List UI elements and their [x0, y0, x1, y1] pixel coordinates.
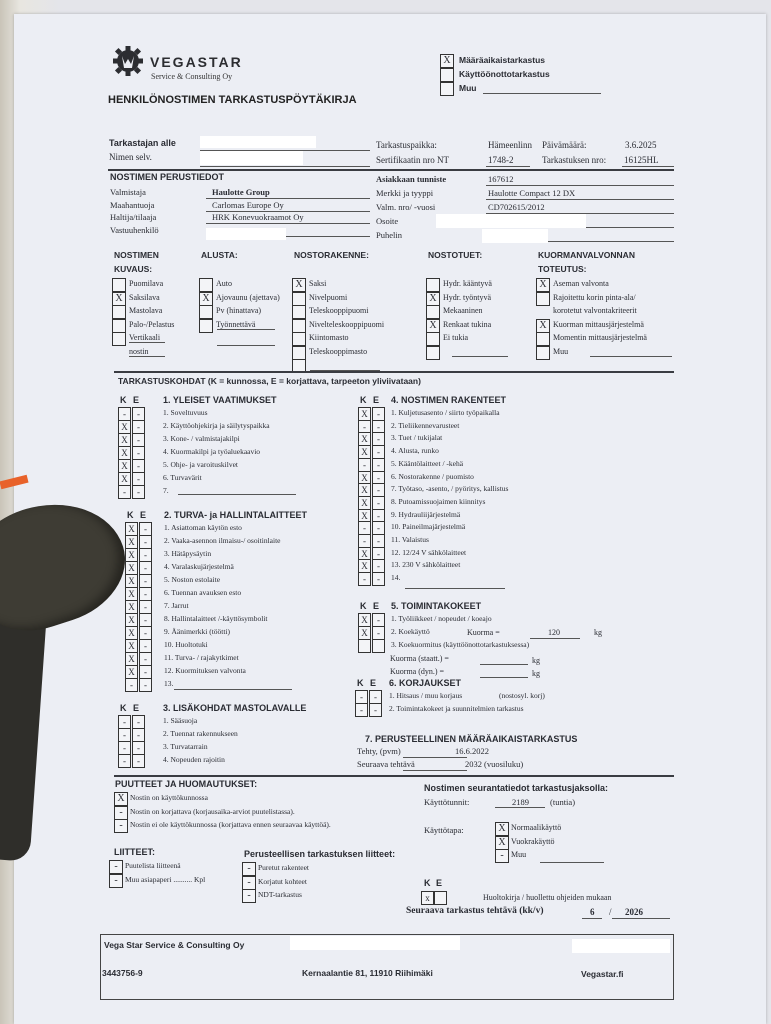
inspection-type-checkbox[interactable]: X	[440, 54, 454, 68]
alusta-option-label: Pv (hinattava)	[216, 306, 261, 315]
basic-field-label: Maahantuoja	[110, 200, 154, 210]
sec5-e-box[interactable]	[372, 639, 385, 653]
sec1-k-box[interactable]: X	[118, 446, 131, 460]
usage-label: Normaalikäyttö	[511, 823, 561, 832]
sec3-e-box[interactable]: -	[132, 741, 145, 755]
thorough-done-label: Tehty, (pvm)	[357, 746, 401, 756]
hours-label: Käyttötunnit:	[424, 797, 469, 807]
sec3-e-header: E	[133, 703, 139, 713]
footer-website: Vegastar.fi	[581, 969, 624, 979]
kuvaus-checkbox[interactable]	[112, 332, 126, 346]
thorough-attachment-label: NDT-tarkastus	[258, 890, 302, 899]
basic-field-label: Merkki ja tyyppi	[376, 188, 433, 198]
basic-field-value[interactable]: Haulotte Compact 12 DX	[488, 188, 575, 198]
nostorakenne-checkbox[interactable]	[292, 292, 306, 306]
sec2-e-box[interactable]: -	[139, 561, 152, 575]
usage-checkbox[interactable]: X	[495, 836, 509, 850]
next-inspection-label: Seuraava tarkastus tehtävä (kk/v)	[406, 906, 544, 916]
nostorakenne-checkbox[interactable]	[292, 305, 306, 319]
remark-label: Nostin on käyttökunnossa	[130, 793, 208, 802]
attachment-checkbox[interactable]: -	[109, 874, 123, 888]
kuorma-checkbox[interactable]: X	[536, 319, 550, 333]
place-label: Tarkastuspaikka:	[376, 140, 437, 150]
basic-field-value[interactable]: CD702615/2012	[488, 202, 545, 212]
gear-logo-icon	[113, 46, 143, 76]
sec2-title: 2. TURVA- ja HALLINTALAITTEET	[164, 510, 307, 520]
usage-checkbox[interactable]: -	[495, 849, 509, 863]
sec3-e-box[interactable]: -	[132, 715, 145, 729]
static-load-label: Kuorma (staatt.) =	[390, 654, 449, 663]
service-e-header: E	[436, 878, 442, 888]
sec5-item-label: 1. Työliikkeet / nopeudet / koeajo	[391, 614, 492, 623]
nostorakenne-title: NOSTORAKENNE:	[294, 250, 369, 260]
kuvaus-checkbox[interactable]	[112, 305, 126, 319]
sec4-item-label: 8. Putoamissuojaimen kiinnitys	[391, 497, 485, 506]
sec2-e-box[interactable]: -	[139, 522, 152, 536]
sec3-item-label: 3. Turvatarrain	[163, 742, 208, 751]
alusta-option-label: Työnnettävä	[216, 320, 255, 329]
nostotuet-checkbox[interactable]	[426, 278, 440, 292]
basic-field-value[interactable]: Carlomas Europe Oy	[212, 200, 284, 210]
alusta-checkbox[interactable]	[199, 305, 213, 319]
kuorma-title: TOTEUTUS:	[538, 264, 586, 274]
nostorakenne-option-label: Saksi	[309, 279, 326, 288]
sec2-e-box[interactable]: -	[139, 665, 152, 679]
sec5-k-box[interactable]: X	[358, 613, 371, 627]
basic-field-label: Valm. nro/ -vuosi	[376, 202, 435, 212]
sec5-item-label: 2. Koekäyttö	[391, 627, 430, 636]
usage-checkbox[interactable]: X	[495, 822, 509, 836]
sec2-item-label: 2. Vaaka-asennon ilmaisu-/ osoitinlaite	[164, 536, 281, 545]
redacted-footer-contact	[290, 936, 460, 950]
document-title: HENKILÖNOSTIMEN TARKASTUSPÖYTÄKIRJA	[108, 94, 357, 106]
sec1-k-box[interactable]: X	[118, 459, 131, 473]
sec5-e-header: E	[373, 601, 379, 611]
basic-field-label: Asiakkaan tunniste	[376, 174, 446, 184]
footer-business-id: 3443756-9	[102, 968, 143, 978]
usage-label: Käyttötapa:	[424, 825, 464, 835]
sec5-e-box[interactable]: -	[372, 626, 385, 640]
dynamic-load-label: Kuorma (dyn.) =	[390, 667, 444, 676]
sec6-k-box[interactable]: -	[355, 703, 368, 717]
alusta-title: ALUSTA:	[201, 250, 238, 260]
basic-field-value[interactable]: HRK Konevuokraamot Oy	[212, 212, 304, 222]
nostotuet-checkbox[interactable]	[426, 346, 440, 360]
kuvaus-checkbox[interactable]	[112, 319, 126, 333]
thorough-inspection-title: 7. PERUSTEELLINEN MÄÄRÄAIKAISTARKASTUS	[365, 734, 577, 744]
sec4-item-label: 10. Paineilmajärjestelmä	[391, 522, 465, 531]
sec1-k-header: K	[120, 395, 127, 405]
redacted-name	[200, 151, 303, 165]
sec2-e-box[interactable]: -	[139, 626, 152, 640]
nostorakenne-option-label: Kiintomasto	[309, 333, 349, 342]
footer-address: Kernaalantie 81, 11910 Riihimäki	[302, 968, 433, 978]
kuorma-option-label: korotetut valvontakriteerit	[553, 306, 637, 315]
sec2-k-header: K	[127, 510, 134, 520]
sec4-item-label: 11. Valaistus	[391, 535, 429, 544]
kuorma-checkbox[interactable]: X	[536, 278, 550, 292]
kuorma-title: KUORMANVALVONNAN	[538, 250, 635, 260]
nostorakenne-checkbox[interactable]	[292, 346, 306, 360]
kuvaus-title: NOSTIMEN	[114, 250, 159, 260]
sec1-e-header: E	[133, 395, 139, 405]
thorough-attachments-title: Perusteellisen tarkastuksen liitteet:	[244, 849, 395, 859]
sec2-e-box[interactable]: -	[139, 652, 152, 666]
sec4-item-label: 9. Hydrauliijärjestelmä	[391, 510, 460, 519]
sec6-title: 6. KORJAUKSET	[389, 678, 461, 688]
basic-field-label: Osoite	[376, 216, 398, 226]
nostotuet-checkbox[interactable]: X	[426, 319, 440, 333]
sec1-item-label: 5. Ohje- ja varoituskilvet	[163, 460, 238, 469]
sec2-item-label: 10. Huoltotuki	[164, 640, 208, 649]
sec2-item-label: 3. Hätäpysäytin	[164, 549, 211, 558]
sec1-e-box[interactable]: -	[132, 420, 145, 434]
sec4-e-header: E	[373, 395, 379, 405]
basic-field-value[interactable]: 167612	[488, 174, 514, 184]
sec5-k-header: K	[360, 601, 367, 611]
inspection-type-label: Käyttöönottotarkastus	[459, 69, 550, 79]
service-k-header: K	[424, 878, 431, 888]
nostotuet-option-label: Ei tukia	[443, 333, 468, 342]
kuvaus-option-label: nostin	[129, 347, 149, 356]
redacted-phone	[482, 229, 548, 243]
basic-field-label: Puhelin	[376, 230, 402, 240]
sec1-title: 1. YLEISET VAATIMUKSET	[163, 395, 277, 405]
sec3-item-label: 2. Tuennat rakennukseen	[163, 729, 238, 738]
sec2-k-box[interactable]: X	[125, 561, 138, 575]
sec2-e-box[interactable]: -	[139, 639, 152, 653]
alusta-option-label: Auto	[216, 279, 232, 288]
sec4-e-box[interactable]: -	[372, 572, 385, 586]
kuvaus-option-label: Vertikaali	[129, 333, 160, 342]
sec3-k-header: K	[120, 703, 127, 713]
alusta-checkbox[interactable]	[199, 319, 213, 333]
kuorma-option-label: Aseman valvonta	[553, 279, 609, 288]
sec4-title: 4. NOSTIMEN RAKENTEET	[391, 395, 506, 405]
sec3-k-box[interactable]: -	[118, 754, 131, 768]
thorough-attachment-label: Korjatut kohteet	[258, 877, 307, 886]
sec2-e-box[interactable]: -	[139, 574, 152, 588]
sec3-e-box[interactable]: -	[132, 728, 145, 742]
hours-unit: (tuntia)	[550, 797, 575, 807]
inspection-type-checkbox[interactable]	[440, 68, 454, 82]
logo-wordmark: VEGASTAR	[150, 54, 243, 70]
sec6-e-box[interactable]: -	[369, 690, 382, 704]
sec2-item-label: 6. Tuennan avauksen esto	[164, 588, 241, 597]
sec4-item-label: 7. Työtaso, -asento, / pyöritys, kallist…	[391, 484, 508, 493]
sec2-item-label: 13.	[164, 679, 173, 688]
sec6-item-label: 2. Toimintakokeet ja suunnitelmien tarka…	[389, 704, 524, 713]
thorough-next-unit: (vuosiluku)	[484, 759, 523, 769]
sec1-k-box[interactable]: -	[118, 485, 131, 499]
sec1-e-box[interactable]: -	[132, 459, 145, 473]
usage-label: Muu	[511, 850, 526, 859]
nostotuet-title: NOSTOTUET:	[428, 250, 482, 260]
footer-company: Vega Star Service & Consulting Oy	[104, 940, 244, 950]
sec5-e-box[interactable]: -	[372, 613, 385, 627]
kuorma-option-label: Rajoitettu korin pinta-ala/	[553, 293, 636, 302]
next-inspection-year[interactable]: 2026	[625, 907, 643, 917]
basic-info-title: NOSTIMEN PERUSTIEDOT	[110, 172, 224, 182]
kuorma-option-label: Momentin mittausjärjestelmä	[553, 333, 647, 342]
kuvaus-option-label: Saksilava	[129, 293, 160, 302]
sec1-item-label: 2. Käyttöohjekirja ja säilytyspaikka	[163, 421, 270, 430]
sec2-item-label: 5. Noston estolaite	[164, 575, 220, 584]
sec4-k-header: K	[360, 395, 367, 405]
inspection-type-label: Muu	[459, 83, 476, 93]
nostorakenne-checkbox[interactable]	[292, 332, 306, 346]
sec2-e-header: E	[140, 510, 146, 520]
dynamic-load-unit: kg	[532, 669, 540, 678]
sec2-k-box[interactable]: X	[125, 587, 138, 601]
sec2-k-box[interactable]: X	[125, 665, 138, 679]
kuorma-option-label: Kuorman mittausjärjestelmä	[553, 320, 644, 329]
test-load-value[interactable]: 120	[548, 628, 560, 637]
sec2-e-box[interactable]: -	[139, 600, 152, 614]
kuvaus-checkbox[interactable]: X	[112, 292, 126, 306]
sec2-item-label: 7. Jarrut	[164, 601, 189, 610]
inspection-type-label: Määräaikaistarkastus	[459, 55, 545, 65]
basic-field-value[interactable]: Haulotte Group	[212, 187, 270, 197]
redacted-footer-phone	[572, 939, 670, 953]
sec5-k-box[interactable]: X	[358, 626, 371, 640]
hours-value[interactable]: 2189	[512, 797, 529, 807]
nostotuet-checkbox[interactable]: X	[426, 292, 440, 306]
sec2-e-box[interactable]: -	[139, 678, 152, 692]
sec1-k-box[interactable]: X	[118, 433, 131, 447]
usage-label: Vuokrakäyttö	[511, 837, 555, 846]
sec4-item-label: 1. Kuljetusasento / siirto työpaikalla	[391, 408, 500, 417]
certificate-label: Sertifikaatin nro NT	[376, 155, 449, 165]
nostotuet-option-label: Mekaaninen	[443, 306, 483, 315]
sec3-k-box[interactable]: -	[118, 741, 131, 755]
sec1-k-box[interactable]: X	[118, 472, 131, 486]
kuvaus-option-label: Puomilava	[129, 279, 163, 288]
next-inspection-separator: /	[609, 907, 612, 917]
tracking-title: Nostimen seurantatiedot tarkastusjaksoll…	[424, 783, 608, 793]
sec4-item-label: 14.	[391, 573, 400, 582]
test-load-unit: kg	[594, 628, 602, 637]
sec2-item-label: 1. Asiattoman käytön esto	[164, 523, 242, 532]
sec3-k-box[interactable]: -	[118, 715, 131, 729]
certificate-value[interactable]: 1748-2	[488, 155, 514, 165]
sec2-k-box[interactable]: X	[125, 535, 138, 549]
sec4-item-label: 12. 12/24 V sähkölaitteet	[391, 548, 466, 557]
nostotuet-option-label: Hydr. työntyvä	[443, 293, 491, 302]
nostorakenne-checkbox[interactable]	[292, 319, 306, 333]
nostorakenne-option-label: Nivelteleskooppipuomi	[309, 320, 384, 329]
sec4-item-label: 13. 230 V sähkölaitteet	[391, 560, 460, 569]
sec4-item-label: 2. Tieliikennevarusteet	[391, 421, 459, 430]
sec2-k-box[interactable]: X	[125, 652, 138, 666]
basic-field-label: Haltija/tilaaja	[110, 212, 156, 222]
sec2-e-box[interactable]: -	[139, 587, 152, 601]
place-value[interactable]: Hämeenlinn	[488, 140, 532, 150]
test-load-label: Kuorma =	[467, 628, 500, 637]
thorough-attachment-checkbox[interactable]: -	[242, 876, 256, 890]
sec2-k-box[interactable]: X	[125, 626, 138, 640]
thorough-attachment-checkbox[interactable]: -	[242, 862, 256, 876]
kuorma-option-label: Muu	[553, 347, 568, 356]
nostorakenne-option-label: Nivelpuomi	[309, 293, 347, 302]
kuorma-checkbox[interactable]	[536, 292, 550, 306]
remarks-title: PUUTTEET JA HUOMAUTUKSET:	[115, 779, 257, 789]
sec2-item-label: 12. Kuormituksen valvonta	[164, 666, 246, 675]
sec1-item-label: 7.	[163, 486, 169, 495]
thorough-next-label: Seuraava tehtävä	[357, 759, 415, 769]
sec5-title: 5. TOIMINTAKOKEET	[391, 601, 481, 611]
sec3-item-label: 1. Sääsuoja	[163, 716, 197, 725]
nostotuet-option-label: Renkaat tukina	[443, 320, 491, 329]
sec1-k-box[interactable]: -	[118, 407, 131, 421]
basic-field-label: Valmistaja	[110, 187, 146, 197]
name-label: Nimen selv.	[109, 152, 152, 162]
remark-checkbox[interactable]: -	[114, 806, 128, 820]
alusta-checkbox[interactable]	[199, 278, 213, 292]
sec2-k-box[interactable]: X	[125, 600, 138, 614]
sec6-e-header: E	[370, 678, 376, 688]
sec2-item-label: 4. Varalaskujärjestelmä	[164, 562, 234, 571]
nostorakenne-checkbox[interactable]: X	[292, 278, 306, 292]
sec2-item-label: 8. Hallintalaitteet /-käyttösymbolit	[164, 614, 268, 623]
inspection-number-label: Tarkastuksen nro:	[542, 155, 606, 165]
sec1-item-label: 4. Kuormakilpi ja työaluekaavio	[163, 447, 260, 456]
thorough-next-value[interactable]: 2032	[465, 759, 482, 769]
nostotuet-checkbox[interactable]	[426, 305, 440, 319]
remark-checkbox[interactable]: -	[114, 819, 128, 833]
kuvaus-title: KUVAUS:	[114, 264, 152, 274]
sec6-item-note: (nostosyl. korj)	[499, 691, 545, 700]
sec1-item-label: 1. Soveltuvuus	[163, 408, 208, 417]
attachment-checkbox[interactable]: -	[109, 860, 123, 874]
attachment-label: Puutelista liitteenä	[125, 861, 181, 870]
sec1-e-box[interactable]: -	[132, 433, 145, 447]
nostorakenne-option-label: Teleskooppipuomi	[309, 306, 368, 315]
sec6-item-label: 1. Hitsaus / muu korjaus	[389, 691, 462, 700]
thorough-done-value[interactable]: 16.6.2022	[455, 746, 489, 756]
thorough-attachment-checkbox[interactable]: -	[242, 889, 256, 903]
sec1-e-box[interactable]: -	[132, 485, 145, 499]
kuvaus-checkbox[interactable]	[112, 278, 126, 292]
kuvaus-option-label: Mastolava	[129, 306, 162, 315]
checks-title: TARKASTUSKOHDAT (K = kunnossa, E = korja…	[118, 376, 421, 386]
inspector-signature-label: Tarkastajan alle	[109, 138, 176, 148]
sec1-e-box[interactable]: -	[132, 407, 145, 421]
basic-field-label: Vastuuhenkilö	[110, 225, 159, 235]
inspection-number-value[interactable]: 16125HL	[624, 155, 659, 165]
sec2-k-box[interactable]: X	[125, 639, 138, 653]
redacted-responsible-person	[206, 228, 286, 240]
service-e-box[interactable]	[434, 891, 447, 905]
date-label: Päivämäärä:	[542, 140, 586, 150]
sec4-item-label: 5. Kääntölaitteet / -kehä	[391, 459, 463, 468]
sec2-e-box[interactable]: -	[139, 535, 152, 549]
inspection-type-checkbox[interactable]	[440, 82, 454, 96]
sec4-item-label: 4. Alusta, runko	[391, 446, 439, 455]
alusta-checkbox[interactable]: X	[199, 292, 213, 306]
attachment-label: Muu asiapaperi .......... Kpl	[125, 875, 205, 884]
nostorakenne-option-label: Teleskooppimasto	[309, 347, 367, 356]
static-load-unit: kg	[532, 656, 540, 665]
kuorma-checkbox[interactable]	[536, 332, 550, 346]
service-label: Huoltokirja / huollettu ohjeiden mukaan	[483, 893, 611, 902]
sec5-item-label: 3. Koekuormitus (käyttöönottotarkastukse…	[391, 640, 529, 649]
logo-subtitle: Service & Consulting Oy	[151, 72, 232, 81]
sec2-e-box[interactable]: -	[139, 613, 152, 627]
thorough-attachment-label: Puretut rakenteet	[258, 863, 309, 872]
service-k-box[interactable]: x	[421, 891, 434, 905]
next-inspection-month[interactable]: 6	[590, 907, 595, 917]
date-value[interactable]: 3.6.2025	[625, 140, 657, 150]
kuvaus-option-label: Palo-/Pelastus	[129, 320, 174, 329]
sec3-title: 3. LISÄKOHDAT MASTOLAVALLE	[163, 703, 306, 713]
sec3-k-box[interactable]: -	[118, 728, 131, 742]
remark-label: Nostin ei ole käyttökunnossa (korjattava…	[130, 820, 331, 829]
alusta-option-label: Ajovaunu (ajettava)	[216, 293, 280, 302]
sec2-k-box[interactable]: X	[125, 522, 138, 536]
sec2-k-box[interactable]: X	[125, 574, 138, 588]
attachments-title: LIITTEET:	[114, 847, 155, 857]
remark-checkbox[interactable]: X	[114, 792, 128, 806]
sec2-k-box[interactable]: X	[125, 548, 138, 562]
sec2-e-box[interactable]: -	[139, 548, 152, 562]
kuorma-checkbox[interactable]	[536, 346, 550, 360]
sec6-k-box[interactable]: -	[355, 690, 368, 704]
sec2-k-box[interactable]: -	[125, 678, 138, 692]
redacted-address	[436, 214, 586, 228]
sec1-item-label: 6. Turvavärit	[163, 473, 202, 482]
nostotuet-option-label: Hydr. kääntyvä	[443, 279, 492, 288]
sec1-e-box[interactable]: -	[132, 472, 145, 486]
sec2-item-label: 9. Äänimerkki (töötti)	[164, 627, 230, 636]
sec5-k-box[interactable]	[358, 639, 371, 653]
sec1-item-label: 3. Kone- / valmistajakilpi	[163, 434, 240, 443]
sec4-item-label: 6. Nostorakenne / puomisto	[391, 472, 474, 481]
sec6-k-header: K	[357, 678, 364, 688]
sec4-k-box[interactable]: -	[358, 572, 371, 586]
sec3-e-box[interactable]: -	[132, 754, 145, 768]
sec1-k-box[interactable]: X	[118, 420, 131, 434]
nostotuet-checkbox[interactable]	[426, 332, 440, 346]
sec4-item-label: 3. Tuet / tukijalat	[391, 433, 442, 442]
sec2-item-label: 11. Turva- / rajakytkimet	[164, 653, 239, 662]
remark-label: Nostin on korjattava (korjausaika-arviot…	[130, 807, 295, 816]
sec3-item-label: 4. Nopeuden rajoitin	[163, 755, 225, 764]
redacted-signature	[200, 136, 316, 148]
sec6-e-box[interactable]: -	[369, 703, 382, 717]
sec2-k-box[interactable]: X	[125, 613, 138, 627]
sec1-e-box[interactable]: -	[132, 446, 145, 460]
